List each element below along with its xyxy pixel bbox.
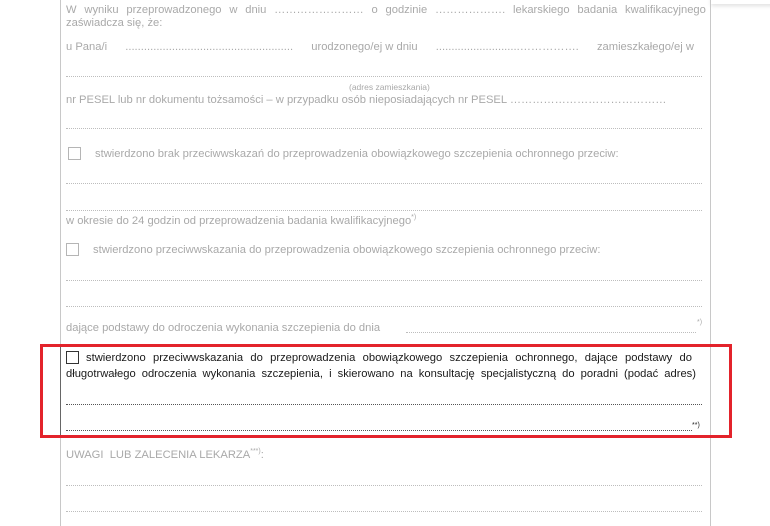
remarks-field-1[interactable]: [66, 485, 702, 486]
intro-word: lekarskiego: [513, 4, 570, 17]
option1-vaccine-field-2[interactable]: [66, 210, 702, 211]
patient-line: u Pana/i ...............................…: [66, 41, 694, 54]
footnote-marker: ***): [250, 448, 261, 455]
intro-word: o: [371, 4, 377, 17]
footnote-marker: *): [411, 214, 416, 221]
pesel-dotted-line[interactable]: [66, 128, 702, 129]
intro-word: wyniku: [84, 4, 118, 17]
address-field[interactable]: [66, 76, 702, 77]
option1-note: w okresie do 24 godzin od przeprowadzeni…: [66, 215, 416, 228]
option2-vaccine-field-2[interactable]: [66, 306, 702, 307]
intro-line-2: zaświadcza się, że:: [66, 17, 162, 30]
floating-panel-edge: [711, 0, 770, 4]
address-caption: (adres zamieszkania): [349, 81, 430, 94]
option2-note: dające podstawy do odroczenia wykonania …: [66, 322, 380, 335]
option1-label: stwierdzono brak przeciwwskazań do przep…: [95, 148, 619, 161]
intro-word: przeprowadzonego: [126, 4, 221, 17]
intro-word: W: [66, 4, 77, 17]
exam-date-field[interactable]: ……………………: [274, 4, 364, 17]
pesel-field[interactable]: ……………………………………: [510, 94, 667, 106]
option2-footnote: *): [697, 320, 702, 333]
page-border-right: [710, 0, 711, 526]
intro-word: w: [229, 4, 237, 17]
intro-word: kwalifikacyjnego: [625, 4, 706, 17]
remarks-colon: :: [261, 449, 264, 461]
option2-vaccine-field-1[interactable]: [66, 280, 702, 281]
intro-word: badania: [577, 4, 617, 17]
residence-label: zamieszkałego/ej w: [597, 41, 694, 54]
patient-name-field[interactable]: ........................................…: [125, 41, 293, 54]
deferral-date-field[interactable]: [406, 332, 696, 333]
remarks-label: UWAGI LUB ZALECENIA LEKARZA***):: [66, 449, 264, 462]
option2-label: stwierdzono przeciwwskazania do przeprow…: [93, 244, 600, 257]
option2-note-text: dające podstawy do odroczenia wykonania …: [66, 322, 380, 334]
birth-date-field[interactable]: ...........................…………….: [436, 41, 579, 54]
exam-time-field[interactable]: ……………….: [435, 4, 505, 17]
patient-label: u Pana/i: [66, 41, 107, 54]
page-border-left: [60, 0, 61, 526]
intro-word: godzinie: [386, 4, 428, 17]
option2-checkbox[interactable]: [66, 243, 79, 256]
option1-vaccine-field-1[interactable]: [66, 183, 702, 184]
pesel-label: nr PESEL lub nr dokumentu tożsamości – w…: [66, 94, 507, 106]
highlight-box: [40, 344, 732, 438]
pesel-line: nr PESEL lub nr dokumentu tożsamości – w…: [66, 94, 666, 107]
birth-date-label: urodzonego/ej w dniu: [311, 41, 417, 54]
option1-checkbox[interactable]: [68, 147, 81, 160]
option1-note-text: w okresie do 24 godzin od przeprowadzeni…: [66, 215, 411, 227]
footnote-marker: *): [697, 319, 702, 326]
intro-line-1: W wyniku przeprowadzonego w dniu ……………………: [66, 4, 706, 17]
remarks-label-text: UWAGI LUB ZALECENIA LEKARZA: [66, 449, 250, 461]
intro-word: dniu: [245, 4, 266, 17]
remarks-field-2[interactable]: [66, 511, 702, 512]
